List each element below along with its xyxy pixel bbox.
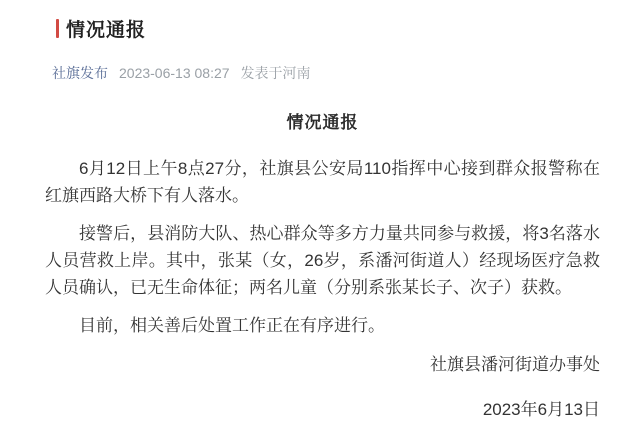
notice-article-page: 情况通报 社旗发布 2023-06-13 08:27 发表于河南 情况通报 6月… <box>0 0 640 423</box>
account-name-link[interactable]: 社旗发布 <box>52 63 108 83</box>
article-container: 情况通报 社旗发布 2023-06-13 08:27 发表于河南 情况通报 6月… <box>0 0 640 423</box>
article-title: 情况通报 <box>45 108 600 133</box>
article-body: 6月12日上午8点27分，社旗县公安局110指挥中心接到群众报警称在红旗西路大桥… <box>45 155 600 339</box>
signature-block: 社旗县潘河街道办事处 2023年6月13日 <box>45 351 600 423</box>
article-paragraph: 6月12日上午8点27分，社旗县公安局110指挥中心接到群众报警称在红旗西路大桥… <box>45 155 600 209</box>
page-title: 情况通报 <box>66 15 146 42</box>
article-paragraph: 目前，相关善后处置工作正在有序进行。 <box>45 312 600 339</box>
publish-timestamp: 2023-06-13 08:27 <box>119 65 230 81</box>
title-accent-bar <box>56 19 59 38</box>
signature-org: 社旗县潘河街道办事处 <box>45 351 600 378</box>
article-meta: 社旗发布 2023-06-13 08:27 发表于河南 <box>52 63 600 83</box>
page-header: 情况通报 <box>56 15 600 42</box>
publish-location: 发表于河南 <box>241 63 311 83</box>
article-paragraph: 接警后，县消防大队、热心群众等多方力量共同参与救援，将3名落水人员营救上岸。其中… <box>45 220 600 301</box>
signature-date: 2023年6月13日 <box>45 396 600 423</box>
